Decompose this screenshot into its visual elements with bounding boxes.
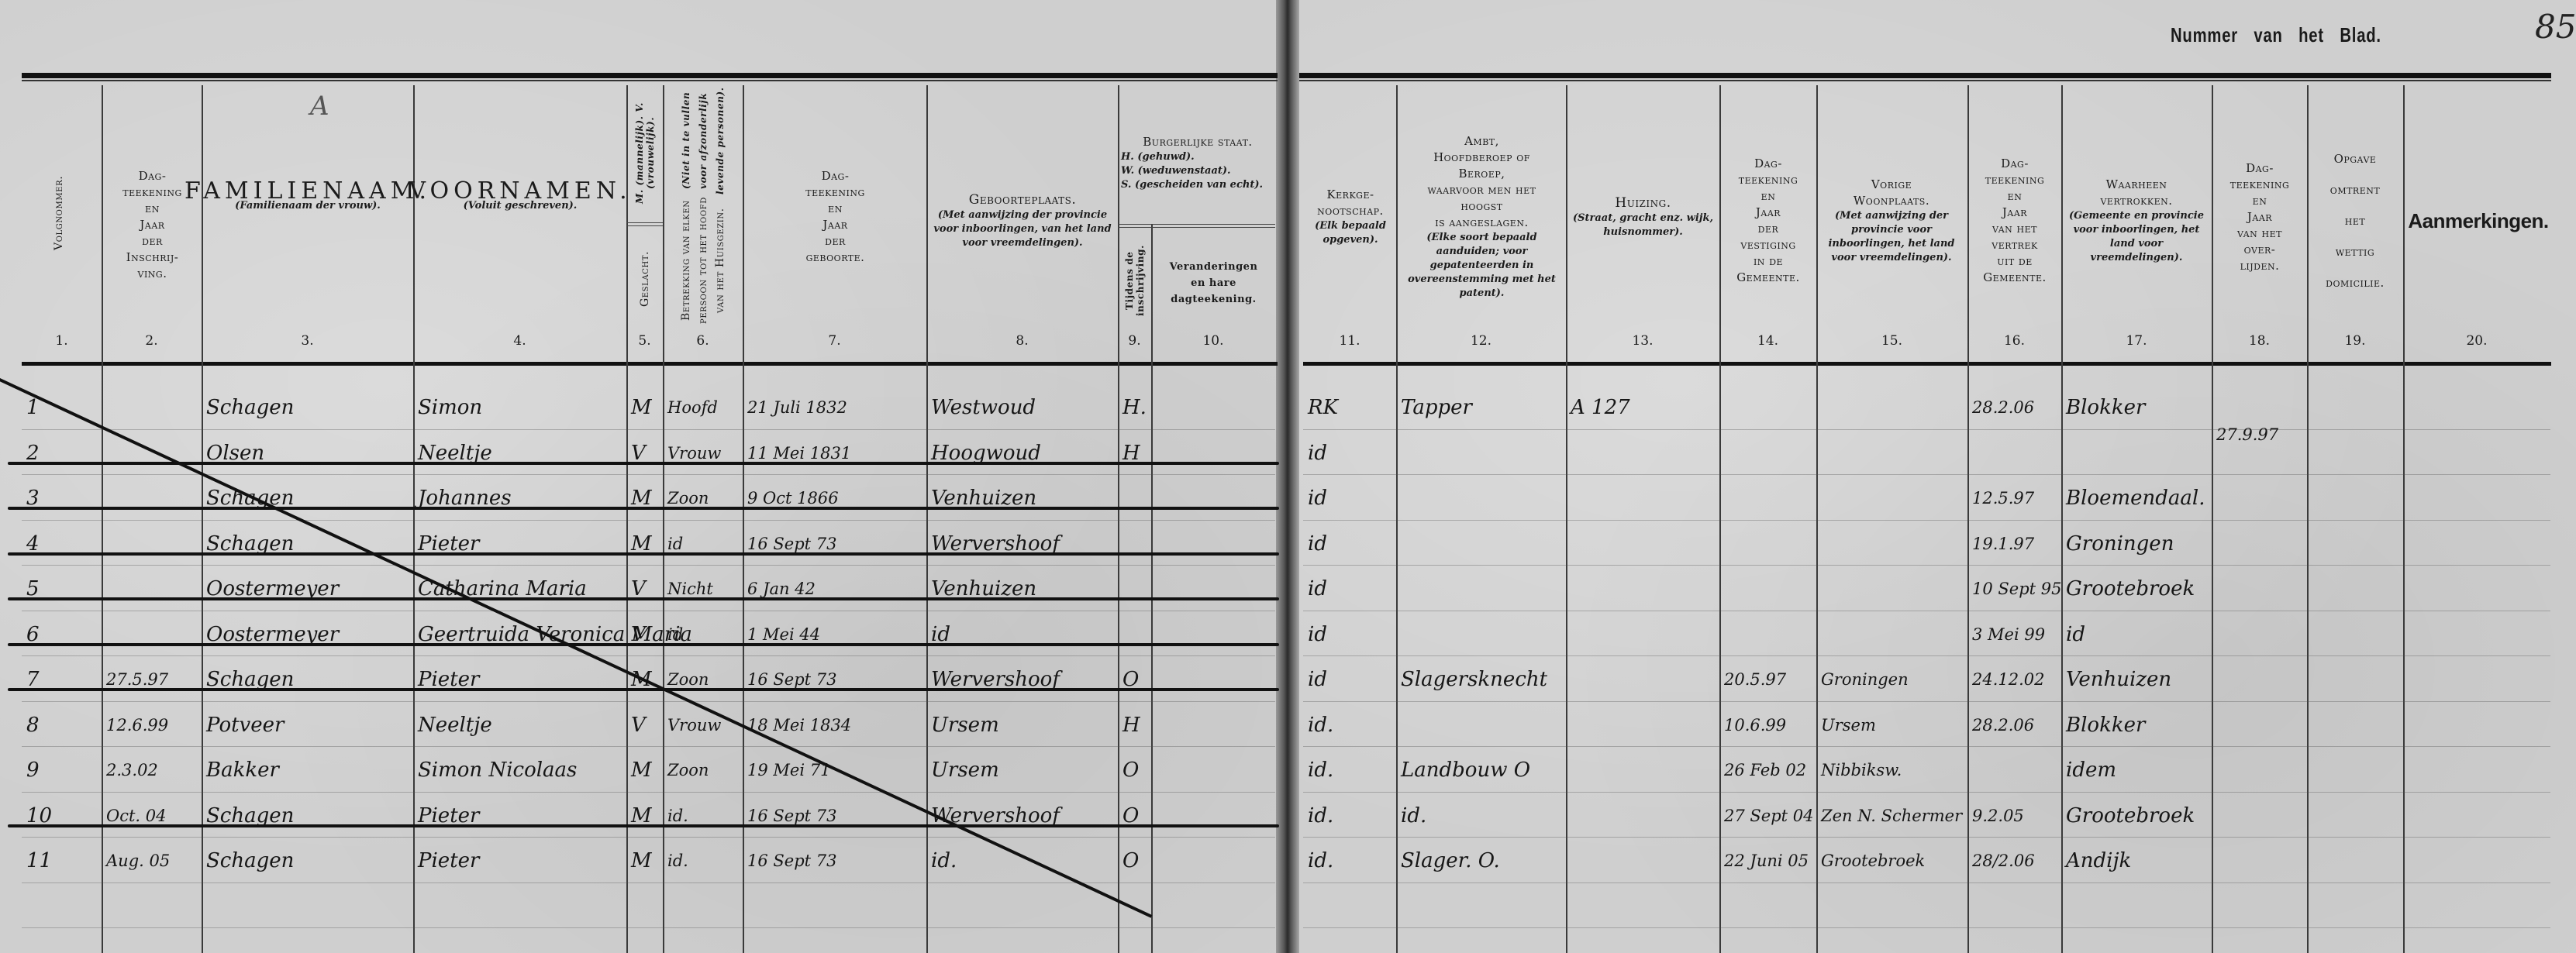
cell-kerk: id xyxy=(1308,442,1327,465)
row-line xyxy=(1303,837,2550,838)
row-line xyxy=(22,655,1275,656)
cell-geboortedatum: 16 Sept 73 xyxy=(747,532,837,556)
cell-voornamen: Geertruida Veronica Maria xyxy=(418,623,662,646)
cell-geboorteplaats: Wervershoof xyxy=(931,532,1060,556)
cell-vertrek: 12.5.97 xyxy=(1972,487,2034,510)
header-col-11: Kerkge-nootschap. (Elk bepaald opgeven). xyxy=(1305,170,1396,263)
cell-geslacht: M xyxy=(631,396,652,419)
header-line: Dag- xyxy=(1754,156,1782,172)
header-line: der xyxy=(825,233,846,249)
header-col-9: Tijdens de inschrijving. xyxy=(1119,232,1150,329)
header-col-15: Vorige Woonplaats. (Met aanwijzing der p… xyxy=(1818,163,1965,279)
header-col-5-title: Geslacht. xyxy=(639,251,651,307)
row-line xyxy=(22,565,1275,566)
header-col-11-title: Kerkge-nootschap. xyxy=(1305,187,1396,219)
header-col-5-legend: M. (mannelijk). V. (vrouwelijk). xyxy=(629,85,660,221)
column-number: 16. xyxy=(1967,333,2061,349)
cell-voornamen: Pieter xyxy=(418,849,479,872)
cell-nr: 1 xyxy=(26,396,40,419)
header-col-13: Huizing. (Straat, gracht enz. wijk, huis… xyxy=(1567,186,1719,248)
header-line: vertrek xyxy=(1991,237,2037,253)
column-line xyxy=(1396,85,1398,953)
header-line: Opgave xyxy=(2334,143,2377,174)
strikethrough-line xyxy=(8,824,1279,827)
cell-geslacht: M xyxy=(631,804,652,827)
cell-vestiging: 27 Sept 04 xyxy=(1724,804,1814,827)
cell-geslacht: M xyxy=(631,759,652,782)
cell-kerk: id xyxy=(1308,487,1327,510)
header-line: ving. xyxy=(138,266,167,282)
header-line: uit de xyxy=(1997,253,2033,270)
cell-kerk: id xyxy=(1308,668,1327,691)
header-line: vestiging xyxy=(1740,237,1795,253)
cell-vertrek: 28.2.06 xyxy=(1972,396,2034,419)
cell-beroep: id. xyxy=(1401,804,1426,827)
header-line: Inschrij- xyxy=(126,249,179,266)
header-line: het xyxy=(2345,205,2365,236)
header-line: Gemeente. xyxy=(1736,270,1800,286)
column-number: 1. xyxy=(22,333,102,349)
header-col-16: Dag- teekening en Jaar van het vertrek u… xyxy=(1969,132,2060,310)
header-line: Dag- xyxy=(139,168,167,184)
legend-s: S. (gescheiden van echt). xyxy=(1121,178,1263,192)
header-col-14: Dag- teekening en Jaar der vestiging in … xyxy=(1721,128,1816,314)
column-number: 15. xyxy=(1816,333,1967,349)
cell-geboortedatum: 11 Mei 1831 xyxy=(747,442,851,465)
cell-familienaam: Schagen xyxy=(206,532,294,556)
cell-kerk: id. xyxy=(1308,714,1333,737)
book-gutter xyxy=(1276,0,1299,953)
column-number: 6. xyxy=(663,333,743,349)
header-col-17-sub: (Gemeente en provincie voor inboorlingen… xyxy=(2063,209,2210,265)
burgerlijke-staat-divider xyxy=(1118,224,1275,228)
column-number: 2. xyxy=(102,333,202,349)
cell-waarheen: id xyxy=(2066,623,2085,646)
column-number: 5. xyxy=(626,333,663,349)
cell-waarheen: Grootebroek xyxy=(2066,577,2195,600)
header-line: domicilie. xyxy=(2326,267,2385,298)
cell-overlijden: 27.9.97 xyxy=(2216,423,2278,446)
header-line: Ambt, xyxy=(1464,133,1499,150)
header-col-19: Opgave omtrent het wettig domicilie. xyxy=(2309,147,2402,294)
cell-betrekking: Vrouw xyxy=(667,442,721,465)
row-line xyxy=(22,701,1275,702)
cell-betrekking: id xyxy=(667,532,683,556)
header-line: Dag- xyxy=(2246,160,2274,177)
cell-betrekking: Zoon xyxy=(667,759,709,782)
cell-inschrijving: Aug. 05 xyxy=(106,849,170,872)
row-line xyxy=(1303,611,2550,611)
row-line xyxy=(22,746,1275,747)
cell-vestiging: 22 Juni 05 xyxy=(1724,849,1809,872)
cell-inschrijving: Oct. 04 xyxy=(106,804,167,827)
column-number: 19. xyxy=(2307,333,2403,349)
cell-staat: H. xyxy=(1122,396,1147,419)
row-line xyxy=(22,611,1275,611)
header-line: Jaar xyxy=(1756,205,1781,221)
row-line xyxy=(1303,474,2550,475)
cell-nr: 4 xyxy=(26,532,40,556)
header-line: Jaar xyxy=(2247,209,2272,225)
cell-beroep: Slagersknecht xyxy=(1401,668,1547,691)
cell-familienaam: Schagen xyxy=(206,849,294,872)
column-number: 13. xyxy=(1566,333,1719,349)
cell-geboorteplaats: Westwoud xyxy=(931,396,1036,419)
cell-waarheen: Groningen xyxy=(2066,532,2174,556)
strikethrough-line xyxy=(8,688,1279,691)
cell-vorige-woonplaats: Grootebroek xyxy=(1821,849,1925,872)
header-col-12-sub: (Elke soort bepaald aanduiden; voor gepa… xyxy=(1398,231,1565,301)
cell-kerk: id. xyxy=(1308,804,1333,827)
header-line: teekening xyxy=(805,184,865,201)
strikethrough-line xyxy=(8,462,1279,465)
column-number: 3. xyxy=(202,333,413,349)
cell-vertrek: 28.2.06 xyxy=(1972,714,2034,737)
header-line: hoogst xyxy=(1460,198,1502,215)
cell-betrekking: id xyxy=(667,623,683,646)
header-col-12: Ambt, Hoofdberoep of Beroep, waarvoor me… xyxy=(1398,124,1565,310)
header-line: teekening xyxy=(1985,172,2045,188)
cell-vertrek: 3 Mei 99 xyxy=(1972,623,2045,646)
header-line: en hare xyxy=(1191,275,1236,291)
cell-vertrek: 9.2.05 xyxy=(1972,804,2024,827)
row-line xyxy=(1303,701,2550,702)
row-line xyxy=(1303,429,2550,430)
header-col-11-sub: (Elk bepaald opgeven). xyxy=(1305,219,1396,247)
cell-vertrek: 24.12.02 xyxy=(1972,668,2045,691)
cell-voornamen: Pieter xyxy=(418,804,479,827)
header-col-6-title: Betrekking van elken persoon tot het hoo… xyxy=(678,196,729,325)
header-col-8-title: Geboorteplaats. xyxy=(969,192,1077,208)
strikethrough-line xyxy=(8,597,1279,600)
header-line: en xyxy=(145,201,160,217)
header-col-3-title: FAMILIENAAM. xyxy=(184,183,431,199)
header-col-5: Geslacht. xyxy=(629,232,660,325)
strikethrough-line xyxy=(8,507,1279,510)
column-line xyxy=(663,85,664,953)
cell-staat: H xyxy=(1122,714,1140,737)
row-line xyxy=(22,429,1275,430)
header-line: Beroep, xyxy=(1458,166,1505,182)
top-rule-right xyxy=(1299,73,2551,78)
header-line: Woonplaats. xyxy=(1854,193,1929,209)
header-line: Dag- xyxy=(822,168,850,184)
row-line xyxy=(22,927,1275,928)
strikethrough-line xyxy=(8,643,1279,646)
cell-familienaam: Schagen xyxy=(206,804,294,827)
row-line xyxy=(22,474,1275,475)
cell-vertrek: 10 Sept 95 xyxy=(1972,577,2062,600)
header-line: van het xyxy=(1992,221,2037,237)
cell-geslacht: V xyxy=(631,442,646,465)
cell-familienaam: Olsen xyxy=(206,442,264,465)
cell-vorige-woonplaats: Ursem xyxy=(1821,714,1876,737)
column-number: 4. xyxy=(413,333,626,349)
cell-vestiging: 26 Feb 02 xyxy=(1724,759,1806,782)
strikethrough-line xyxy=(8,552,1279,556)
header-line: Vorige xyxy=(1871,177,1912,193)
header-col-8: Geboorteplaats. (Met aanwijzing der prov… xyxy=(930,170,1115,271)
cell-waarheen: Grootebroek xyxy=(2066,804,2195,827)
header-col-4-sub: (Voluit geschreven). xyxy=(464,199,578,213)
header-line: in de xyxy=(1754,253,1783,270)
cell-vorige-woonplaats: Zen N. Schermer xyxy=(1821,804,1962,827)
header-col-1: Volgnommer. xyxy=(43,101,74,325)
header-col-5-sub: M. (mannelijk). V. (vrouwelijk). xyxy=(634,85,656,221)
header-col-2: Dag- teekening en Jaar der Inschrij- vin… xyxy=(103,124,202,325)
cell-inschrijving: 2.3.02 xyxy=(106,759,158,782)
column-number: 8. xyxy=(926,333,1118,349)
column-line xyxy=(926,85,928,953)
header-col-9-title: Tijdens de inschrijving. xyxy=(1124,232,1146,329)
cell-voornamen: Simon xyxy=(418,396,482,419)
cell-familienaam: Potveer xyxy=(206,714,284,737)
row-line xyxy=(1303,565,2550,566)
cell-voornamen: Neeltje xyxy=(418,442,492,465)
cell-geboortedatum: 16 Sept 73 xyxy=(747,849,837,872)
header-line: en xyxy=(2253,193,2267,209)
header-line: omtrent xyxy=(2330,174,2380,205)
header-col-4: VOORNAMEN. (Voluit geschreven). xyxy=(415,139,626,256)
header-line: Gemeente. xyxy=(1983,270,2047,286)
header-line: Jaar xyxy=(822,217,847,233)
cell-voornamen: Pieter xyxy=(418,532,479,556)
header-line: Jaar xyxy=(140,217,164,233)
header-bottom-rule-right xyxy=(1303,362,2551,366)
header-line: en xyxy=(2008,188,2023,205)
cell-betrekking: id. xyxy=(667,849,688,872)
header-line: der xyxy=(142,233,163,249)
cell-waarheen: Blokker xyxy=(2066,714,2145,737)
header-line: Dag- xyxy=(2001,156,2029,172)
header-line: teekening xyxy=(122,184,182,201)
sheet-number-label: Nummer van het Blad. xyxy=(2171,23,2381,47)
cell-staat: O xyxy=(1122,759,1139,782)
cell-inschrijving: 12.6.99 xyxy=(106,714,168,737)
column-number: 20. xyxy=(2403,333,2550,349)
cell-betrekking: id. xyxy=(667,804,688,827)
cell-vestiging: 10.6.99 xyxy=(1724,714,1786,737)
cell-waarheen: Bloemendaal. xyxy=(2066,487,2205,510)
header-col-10: Veranderingen en hare dagteekening. xyxy=(1154,248,1274,318)
header-line: Waarheen xyxy=(2106,177,2167,193)
cell-nr: 10 xyxy=(26,804,52,827)
geslacht-divider xyxy=(626,222,663,226)
header-line: lijden. xyxy=(2240,258,2280,274)
cell-geslacht: V xyxy=(631,623,646,646)
cell-geboorteplaats: Hoogwoud xyxy=(931,442,1041,465)
header-line: geboorte. xyxy=(806,249,865,266)
cell-kerk: id xyxy=(1308,623,1327,646)
header-line: wettig xyxy=(2336,236,2374,267)
column-number: 7. xyxy=(743,333,926,349)
cell-kerk: id xyxy=(1308,577,1327,600)
cell-betrekking: Vrouw xyxy=(667,714,721,737)
header-line: en xyxy=(1761,188,1776,205)
cell-geboorteplaats: Ursem xyxy=(931,714,999,737)
column-number: 11. xyxy=(1303,333,1396,349)
cell-betrekking: Hoofd xyxy=(667,396,718,419)
row-line xyxy=(1303,520,2550,521)
cell-kerk: id xyxy=(1308,532,1327,556)
row-line xyxy=(1303,792,2550,793)
header-col-3-sub: (Familienaam der vrouw). xyxy=(235,199,381,213)
header-col-4-title: VOORNAMEN. xyxy=(409,183,631,199)
header-col-6-sub: (Niet in te vullen voor afzonderlijk lev… xyxy=(678,85,729,196)
cell-nr: 9 xyxy=(26,759,40,782)
column-line xyxy=(1118,85,1119,953)
cell-geslacht: M xyxy=(631,532,652,556)
header-col-20-title: Aanmerkingen. xyxy=(2408,213,2548,229)
row-line xyxy=(1303,927,2550,928)
header-col-15-sub: (Met aanwijzing der provincie voor inboo… xyxy=(1818,209,1965,265)
cell-familienaam: Schagen xyxy=(206,396,294,419)
cell-geboortedatum: 21 Juli 1832 xyxy=(747,396,847,419)
burgerlijke-staat-title: Burgerlijke staat. xyxy=(1143,134,1252,150)
cell-geslacht: V xyxy=(631,714,646,737)
row-line xyxy=(1303,882,2550,883)
cell-geboorteplaats: Ursem xyxy=(931,759,999,782)
header-line: teekening xyxy=(2230,177,2290,193)
row-line xyxy=(22,837,1275,838)
legend-w: W. (weduwenstaat). xyxy=(1121,164,1231,178)
cell-waarheen: Andijk xyxy=(2066,849,2131,872)
cell-nr: 8 xyxy=(26,714,40,737)
header-line: Jaar xyxy=(2002,205,2027,221)
cell-geboorteplaats: id. xyxy=(931,849,957,872)
cell-staat: O xyxy=(1122,849,1139,872)
header-line: over- xyxy=(2244,242,2276,258)
header-line: der xyxy=(1758,221,1779,237)
row-line xyxy=(1303,655,2550,656)
cell-nr: 6 xyxy=(26,623,40,646)
cell-vestiging: 20.5.97 xyxy=(1724,668,1786,691)
header-line: vertrokken. xyxy=(2100,193,2172,209)
header-bottom-rule-left xyxy=(22,362,1278,366)
header-col-13-title: Huizing. xyxy=(1615,195,1671,212)
cell-geslacht: M xyxy=(631,849,652,872)
header-line: dagteekening. xyxy=(1171,291,1256,308)
header-col-6: Betrekking van elken persoon tot het hoo… xyxy=(668,85,738,325)
cell-geboortedatum: 16 Sept 73 xyxy=(747,804,837,827)
header-burgerlijke-staat: Burgerlijke staat. H. (gehuwd). W. (wedu… xyxy=(1121,108,1274,217)
cell-nr: 11 xyxy=(26,849,52,872)
header-line: Veranderingen xyxy=(1170,259,1258,275)
cell-vertrek: 19.1.97 xyxy=(1972,532,2034,556)
header-col-8-sub: (Met aanwijzing der provincie voor inboo… xyxy=(930,208,1115,250)
cell-staat: O xyxy=(1122,804,1139,827)
cell-vertrek: 28/2.06 xyxy=(1972,849,2035,872)
column-number: 14. xyxy=(1719,333,1816,349)
column-number: 9. xyxy=(1118,333,1151,349)
row-line xyxy=(22,520,1275,521)
header-col-20: Aanmerkingen. xyxy=(2405,201,2552,240)
header-line: Hoofdberoep of xyxy=(1433,150,1530,166)
header-col-18: Dag- teekening en Jaar van het over- lij… xyxy=(2213,128,2306,306)
column-line xyxy=(626,85,628,953)
cell-geboortedatum: 1 Mei 44 xyxy=(747,623,820,646)
cell-kerk: id. xyxy=(1308,759,1333,782)
cell-familienaam: Bakker xyxy=(206,759,279,782)
cell-beroep: Slager. O. xyxy=(1401,849,1500,872)
cell-familienaam: Oostermeyer xyxy=(206,623,339,646)
header-line: en xyxy=(828,201,843,217)
sheet-number: 853. xyxy=(2535,8,2576,46)
row-line xyxy=(22,792,1275,793)
cell-vorige-woonplaats: Nibbiksw. xyxy=(1821,759,1902,782)
top-rule-left xyxy=(22,73,1278,78)
row-line xyxy=(22,882,1275,883)
legend-h: H. (gehuwd). xyxy=(1121,150,1195,164)
header-line: van het xyxy=(2237,225,2282,242)
header-col-3: FAMILIENAAM. (Familienaam der vrouw). xyxy=(203,139,412,256)
header-line: is aangeslagen. xyxy=(1435,215,1528,231)
cell-voornamen: Simon Nicolaas xyxy=(418,759,577,782)
cell-staat: H xyxy=(1122,442,1140,465)
column-number: 12. xyxy=(1396,333,1566,349)
cell-voornamen: Neeltje xyxy=(418,714,492,737)
cell-beroep: Tapper xyxy=(1401,396,1472,419)
cell-waarheen: Blokker xyxy=(2066,396,2145,419)
header-col-1-title: Volgnommer. xyxy=(53,176,65,250)
pencil-mark: A xyxy=(310,91,329,122)
column-number: 10. xyxy=(1151,333,1275,349)
cell-beroep: Landbouw O xyxy=(1401,759,1530,782)
cell-kerk: RK xyxy=(1308,396,1338,419)
cell-huizing: A 127 xyxy=(1571,396,1630,419)
header-col-13-sub: (Straat, gracht enz. wijk, huisnommer). xyxy=(1567,212,1719,239)
row-line xyxy=(1303,746,2550,747)
header-col-17: Waarheen vertrokken. (Gemeente en provin… xyxy=(2063,167,2210,275)
header-line: teekening xyxy=(1739,172,1798,188)
header-col-7: Dag- teekening en Jaar der geboorte. xyxy=(744,139,926,294)
column-number: 18. xyxy=(2212,333,2307,349)
cell-nr: 2 xyxy=(26,442,40,465)
cell-waarheen: Venhuizen xyxy=(2066,668,2171,691)
header-line: waarvoor men het xyxy=(1427,182,1536,198)
cell-geboorteplaats: id xyxy=(931,623,950,646)
column-number: 17. xyxy=(2061,333,2212,349)
cell-waarheen: idem xyxy=(2066,759,2116,782)
cell-vorige-woonplaats: Groningen xyxy=(1821,668,1909,691)
cell-kerk: id. xyxy=(1308,849,1333,872)
